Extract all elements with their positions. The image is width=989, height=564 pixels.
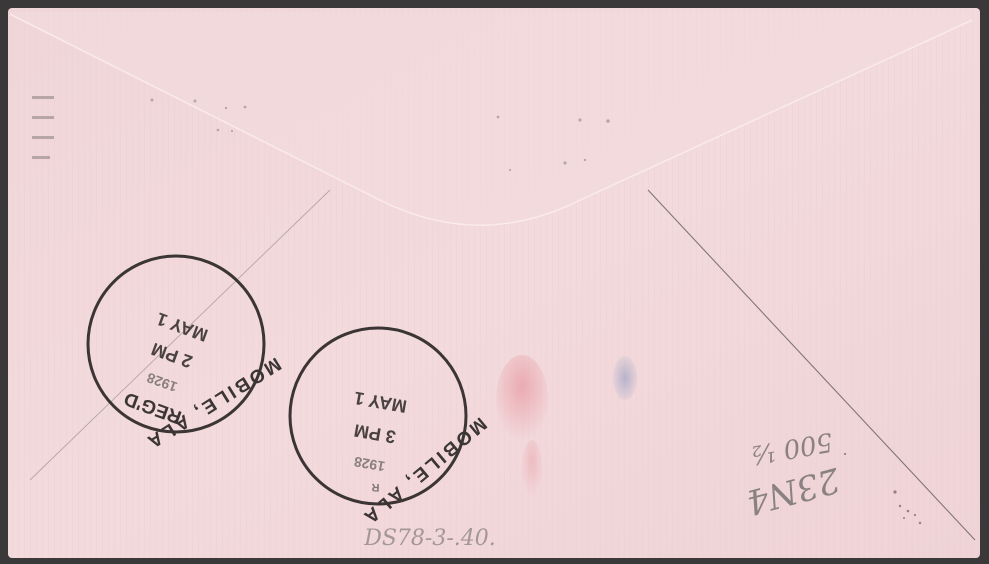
red-ink-stain — [496, 355, 548, 445]
pencil-note-bottom: DS78-3-.40. — [363, 526, 496, 551]
blue-ink-stain — [613, 356, 637, 400]
svg-text:DS78-3-.40.: DS78-3-.40. — [363, 526, 496, 551]
svg-text:R: R — [371, 481, 379, 493]
envelope-back-photo: REG'D 1928 2 PM MAY 1 MOBILE, ALA 1928 3… — [0, 0, 989, 564]
